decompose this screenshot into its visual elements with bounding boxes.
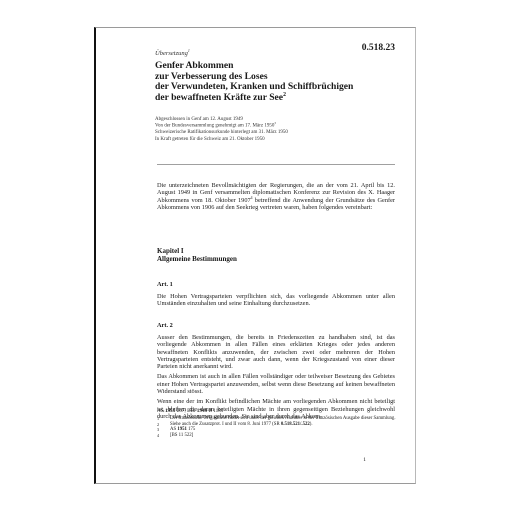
translation-label: Übersetzung1 — [155, 50, 190, 57]
horizontal-rule — [157, 164, 395, 165]
page-number: 1 — [363, 457, 366, 463]
chapter-number: Kapitel I — [157, 247, 237, 255]
source-reference: AS 1951 207; BBl 1949 II 1181 — [157, 408, 223, 414]
meta-in-force: In Kraft getreten für die Schweiz am 21.… — [155, 137, 288, 143]
chapter-heading: Kapitel I Allgemeine Bestimmungen — [157, 247, 237, 263]
title-line: Genfer Abkommen — [155, 61, 405, 72]
document-page: Übersetzung1 0.518.23 Genfer Abkommen zu… — [94, 27, 416, 484]
paragraph: Das Abkommen ist auch in allen Fällen vo… — [157, 373, 395, 395]
chapter-title: Allgemeine Bestimmungen — [157, 255, 237, 263]
footnotes: 1 Der französische Originaltext findet s… — [157, 416, 397, 438]
title-line: der bewaffneten Kräfte zur See2 — [155, 93, 405, 104]
article-1-heading: Art. 1 — [157, 281, 173, 288]
footnote: 4 [BS 11 522] — [157, 433, 397, 439]
footnote-marker: 1 — [188, 49, 190, 53]
document-title: Genfer Abkommen zur Verbesserung des Los… — [155, 61, 405, 103]
sr-number: 0.518.23 — [362, 43, 395, 53]
article-2-heading: Art. 2 — [157, 322, 173, 329]
meta-approved: Von der Bundesversammlung genehmigt am 1… — [155, 123, 288, 130]
meta-ratification: Schweizerische Ratifikationsurkunde hint… — [155, 130, 288, 136]
paragraph: Ausser den Bestimmungen, die bereits in … — [157, 334, 395, 370]
preamble: Die unterzeichneten Bevollmächtigten der… — [157, 182, 395, 211]
document-metadata: Abgeschlossen in Genf am 12. August 1949… — [155, 117, 288, 143]
article-1-text: Die Hohen Vertragsparteien verpflichten … — [157, 293, 395, 308]
footnote-marker: 2 — [283, 92, 286, 98]
